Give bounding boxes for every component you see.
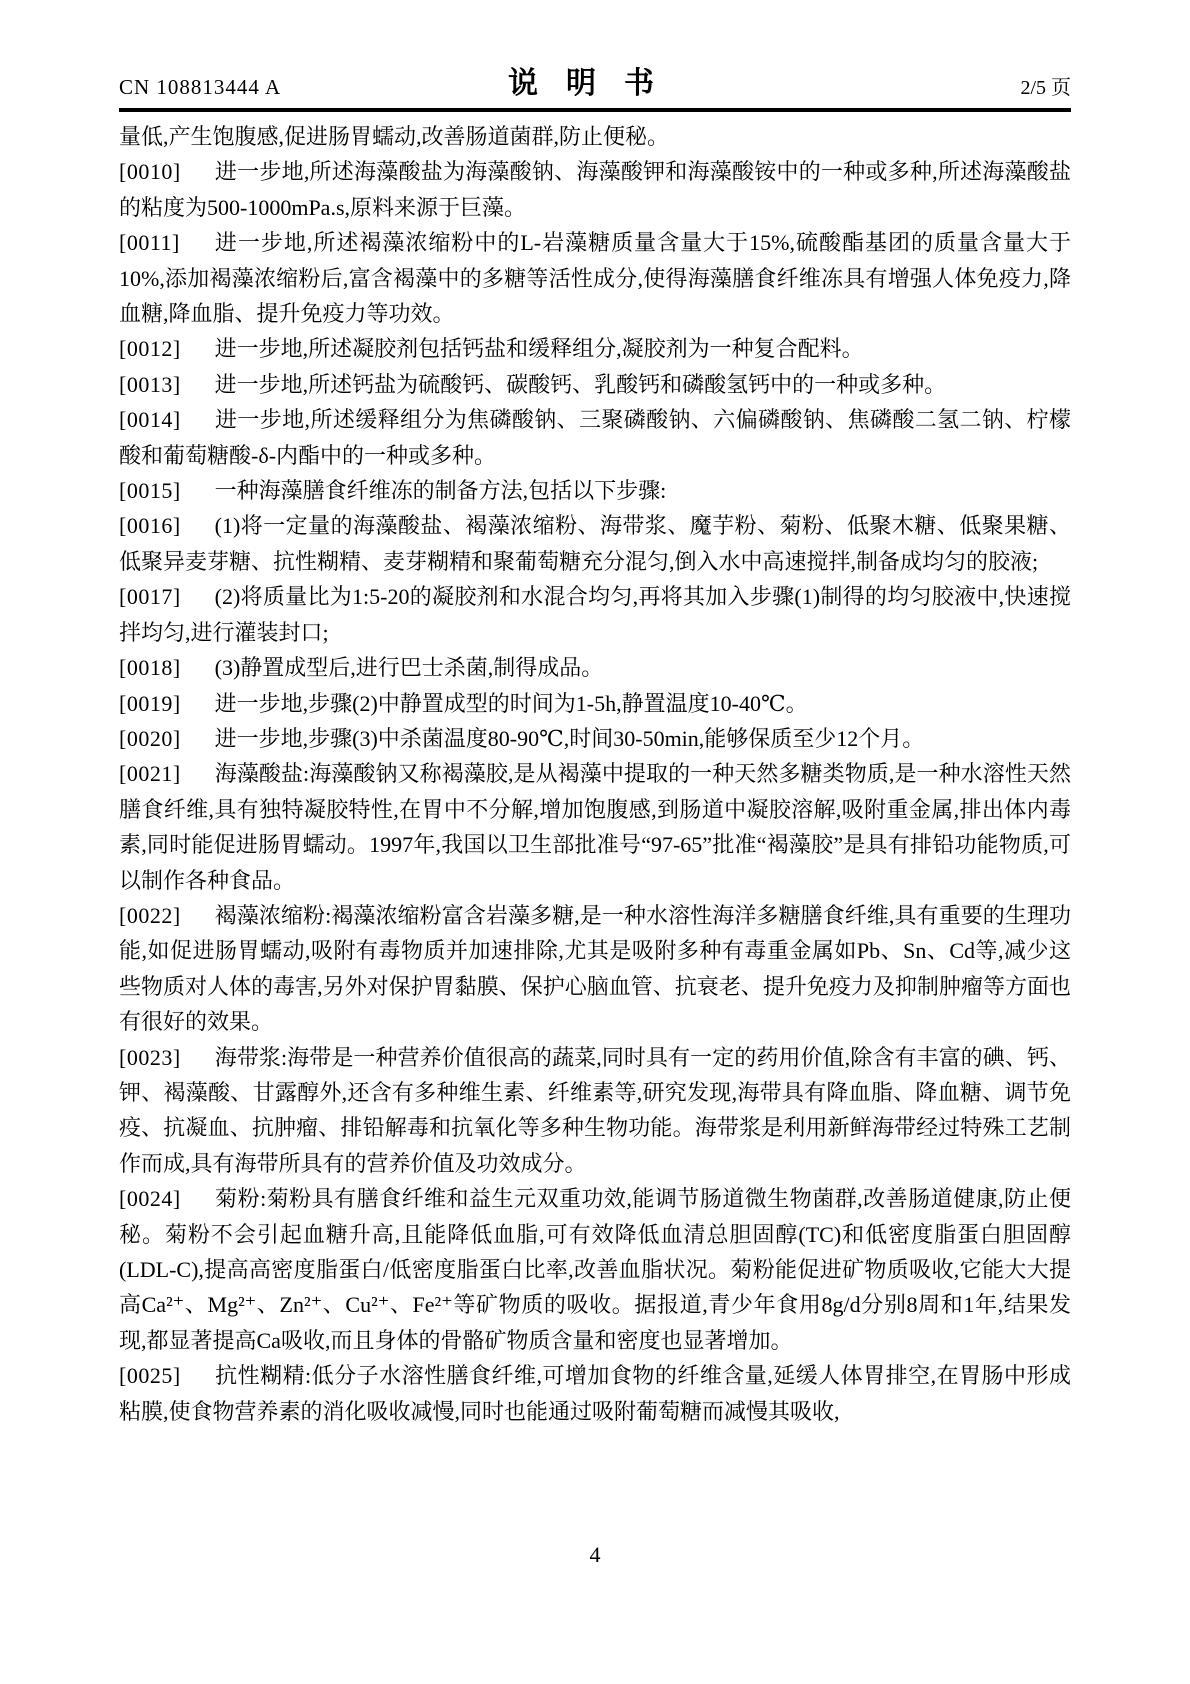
paragraph-number: [0023] [119,1040,181,1075]
paragraph-0014: [0014]进一步地,所述缓释组分为焦磷酸钠、三聚磷酸钠、六偏磷酸钠、焦磷酸二氢… [119,402,1071,473]
paragraph-0016: [0016](1)将一定量的海藻酸盐、褐藻浓缩粉、海带浆、魔芋粉、菊粉、低聚木糖… [119,508,1071,579]
paragraph-0018: [0018](3)静置成型后,进行巴士杀菌,制得成品。 [119,650,1071,685]
paragraph-number: [0020] [119,721,181,756]
document-body: 量低,产生饱腹感,促进肠胃蠕动,改善肠道菌群,防止便秘。 [0010]进一步地,… [119,119,1071,1429]
paragraph-text: 菊粉:菊粉具有膳食纤维和益生元双重功效,能调节肠道微生物菌群,改善肠道健康,防止… [119,1186,1071,1353]
page-indicator: 2/5 页 [1020,71,1071,100]
paragraph-0022: [0022]褐藻浓缩粉:褐藻浓缩粉富含岩藻多糖,是一种水溶性海洋多糖膳食纤维,具… [119,898,1071,1040]
paragraph-text: 褐藻浓缩粉:褐藻浓缩粉富含岩藻多糖,是一种水溶性海洋多糖膳食纤维,具有重要的生理… [119,903,1071,1034]
paragraph-0024: [0024]菊粉:菊粉具有膳食纤维和益生元双重功效,能调节肠道微生物菌群,改善肠… [119,1181,1071,1358]
paragraph-number: [0025] [119,1358,181,1393]
paragraph-text: 进一步地,所述褐藻浓缩粉中的L-岩藻糖质量含量大于15%,硫酸酯基团的质量含量大… [119,230,1071,326]
document-title: 说明书 [508,58,682,102]
paragraph-0021: [0021]海藻酸盐:海藻酸钠又称褐藻胶,是从褐藻中提取的一种天然多糖类物质,是… [119,756,1071,898]
paragraph-0011: [0011]进一步地,所述褐藻浓缩粉中的L-岩藻糖质量含量大于15%,硫酸酯基团… [119,225,1071,331]
page-footer: 4 [0,1542,1190,1568]
paragraph-text: 进一步地,步骤(2)中静置成型的时间为1-5h,静置温度10-40℃。 [215,691,808,716]
paragraph-text: 进一步地,所述海藻酸盐为海藻酸钠、海藻酸钾和海藻酸铵中的一种或多种,所述海藻酸盐… [119,159,1071,219]
paragraph-text: 进一步地,步骤(3)中杀菌温度80-90℃,时间30-50min,能够保质至少1… [215,726,925,751]
paragraph-number: [0019] [119,686,181,721]
paragraph-number: [0013] [119,367,181,402]
paragraph-number: [0014] [119,402,181,437]
paragraph-continuation: 量低,产生饱腹感,促进肠胃蠕动,改善肠道菌群,防止便秘。 [119,119,1071,154]
paragraph-0020: [0020]进一步地,步骤(3)中杀菌温度80-90℃,时间30-50min,能… [119,721,1071,756]
paragraph-text: (3)静置成型后,进行巴士杀菌,制得成品。 [215,655,604,680]
paragraph-text: 进一步地,所述缓释组分为焦磷酸钠、三聚磷酸钠、六偏磷酸钠、焦磷酸二氢二钠、柠檬酸… [119,407,1071,467]
paragraph-number: [0024] [119,1181,181,1216]
paragraph-text: 量低,产生饱腹感,促进肠胃蠕动,改善肠道菌群,防止便秘。 [119,124,669,149]
paragraph-number: [0015] [119,473,181,508]
page-header: CN 108813444 A 说明书 2/5 页 [119,0,1071,112]
paragraph-number: [0016] [119,508,181,543]
paragraph-0019: [0019]进一步地,步骤(2)中静置成型的时间为1-5h,静置温度10-40℃… [119,686,1071,721]
paragraph-0023: [0023]海带浆:海带是一种营养价值很高的蔬菜,同时具有一定的药用价值,除含有… [119,1040,1071,1182]
page-number: 4 [590,1542,601,1567]
patent-number: CN 108813444 A [119,75,281,100]
paragraph-number: [0011] [119,225,180,260]
paragraph-0025: [0025]抗性糊精:低分子水溶性膳食纤维,可增加食物的纤维含量,延缓人体胃排空… [119,1358,1071,1429]
paragraph-text: (1)将一定量的海藻酸盐、褐藻浓缩粉、海带浆、魔芋粉、菊粉、低聚木糖、低聚果糖、… [119,513,1071,573]
paragraph-number: [0018] [119,650,181,685]
paragraph-text: 海藻酸盐:海藻酸钠又称褐藻胶,是从褐藻中提取的一种天然多糖类物质,是一种水溶性天… [119,761,1071,892]
paragraph-0012: [0012]进一步地,所述凝胶剂包括钙盐和缓释组分,凝胶剂为一种复合配料。 [119,331,1071,366]
patent-document-page: CN 108813444 A 说明书 2/5 页 量低,产生饱腹感,促进肠胃蠕动… [0,0,1190,1684]
paragraph-number: [0022] [119,898,181,933]
paragraph-0017: [0017](2)将质量比为1:5-20的凝胶剂和水混合均匀,再将其加入步骤(1… [119,579,1071,650]
paragraph-number: [0021] [119,756,181,791]
paragraph-number: [0017] [119,579,181,614]
paragraph-number: [0010] [119,154,181,189]
paragraph-text: (2)将质量比为1:5-20的凝胶剂和水混合均匀,再将其加入步骤(1)制得的均匀… [119,584,1071,644]
paragraph-text: 进一步地,所述凝胶剂包括钙盐和缓释组分,凝胶剂为一种复合配料。 [215,336,864,361]
paragraph-text: 抗性糊精:低分子水溶性膳食纤维,可增加食物的纤维含量,延缓人体胃排空,在胃肠中形… [119,1363,1071,1423]
paragraph-0010: [0010]进一步地,所述海藻酸盐为海藻酸钠、海藻酸钾和海藻酸铵中的一种或多种,… [119,154,1071,225]
paragraph-text: 进一步地,所述钙盐为硫酸钙、碳酸钙、乳酸钙和磷酸氢钙中的一种或多种。 [215,372,947,397]
paragraph-text: 一种海藻膳食纤维冻的制备方法,包括以下步骤: [215,478,667,503]
paragraph-text: 海带浆:海带是一种营养价值很高的蔬菜,同时具有一定的药用价值,除含有丰富的碘、钙… [119,1045,1071,1176]
paragraph-0013: [0013]进一步地,所述钙盐为硫酸钙、碳酸钙、乳酸钙和磷酸氢钙中的一种或多种。 [119,367,1071,402]
paragraph-number: [0012] [119,331,181,366]
paragraph-0015: [0015]一种海藻膳食纤维冻的制备方法,包括以下步骤: [119,473,1071,508]
